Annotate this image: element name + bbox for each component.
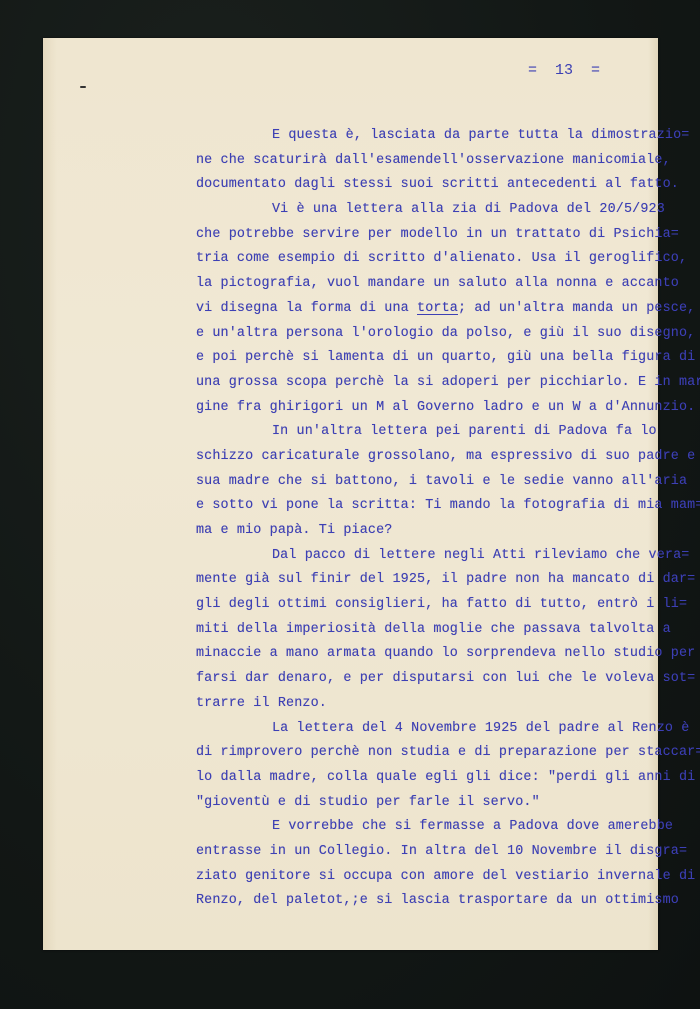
text-line: e sotto vi pone la scritta: Ti mando la … [196,494,656,519]
text-line: una grossa scopa perchè la si adoperi pe… [196,371,656,396]
text-line: gine fra ghirigori un M al Governo ladro… [196,396,656,421]
text-line: Vi è una lettera alla zia di Padova del … [196,198,656,223]
text-segment: ; ad un'altra manda un pesce, [458,301,695,316]
text-line: In un'altra lettera pei parenti di Padov… [196,420,656,445]
text-line: la pictografia, vuol mandare un saluto a… [196,272,656,297]
text-line: di rimprovero perchè non studia e di pre… [196,741,656,766]
text-line: miti della imperiosità della moglie che … [196,618,656,643]
text-line: trarre il Renzo. [196,692,656,717]
text-line: "gioventù e di studio per farle il servo… [196,791,656,816]
paper-speck [80,86,86,88]
text-line: E questa è, lasciata da parte tutta la d… [196,124,656,149]
text-line: gli degli ottimi consiglieri, ha fatto d… [196,593,656,618]
underlined-word: torta [417,301,458,316]
text-line: mente già sul finir del 1925, il padre n… [196,568,656,593]
text-line: minaccie a mano armata quando lo sorpren… [196,642,656,667]
text-line: tria come esempio di scritto d'alienato.… [196,247,656,272]
text-line: entrasse in un Collegio. In altra del 10… [196,840,656,865]
text-line: e poi perchè si lamenta di un quarto, gi… [196,346,656,371]
text-line: ma e mio papà. Ti piace? [196,519,656,544]
text-line: lo dalla madre, colla quale egli gli dic… [196,766,656,791]
page-number: = 13 = [528,62,600,79]
text-line: e un'altra persona l'orologio da polso, … [196,322,656,347]
text-line: ziato genitore si occupa con amore del v… [196,865,656,890]
text-line: La lettera del 4 Novembre 1925 del padre… [196,717,656,742]
text-line: Renzo, del paletot,;e si lascia trasport… [196,889,656,914]
text-line: E vorrebbe che si fermasse a Padova dove… [196,815,656,840]
text-line: ne che scaturirà dall'esamendell'osserva… [196,149,656,174]
text-line: che potrebbe servire per modello in un t… [196,223,656,248]
typewritten-page: = 13 = E questa è, lasciata da parte tut… [43,38,658,950]
text-line: documentato dagli stessi suoi scritti an… [196,173,656,198]
text-line: schizzo caricaturale grossolano, ma espr… [196,445,656,470]
text-segment: vi disegna la forma di una [196,301,417,316]
text-line-underlined: vi disegna la forma di una torta; ad un'… [196,297,656,322]
text-line: Dal pacco di lettere negli Atti rileviam… [196,544,656,569]
text-line: farsi dar denaro, e per disputarsi con l… [196,667,656,692]
text-line: sua madre che si battono, i tavoli e le … [196,470,656,495]
body-text: E questa è, lasciata da parte tutta la d… [196,124,656,914]
